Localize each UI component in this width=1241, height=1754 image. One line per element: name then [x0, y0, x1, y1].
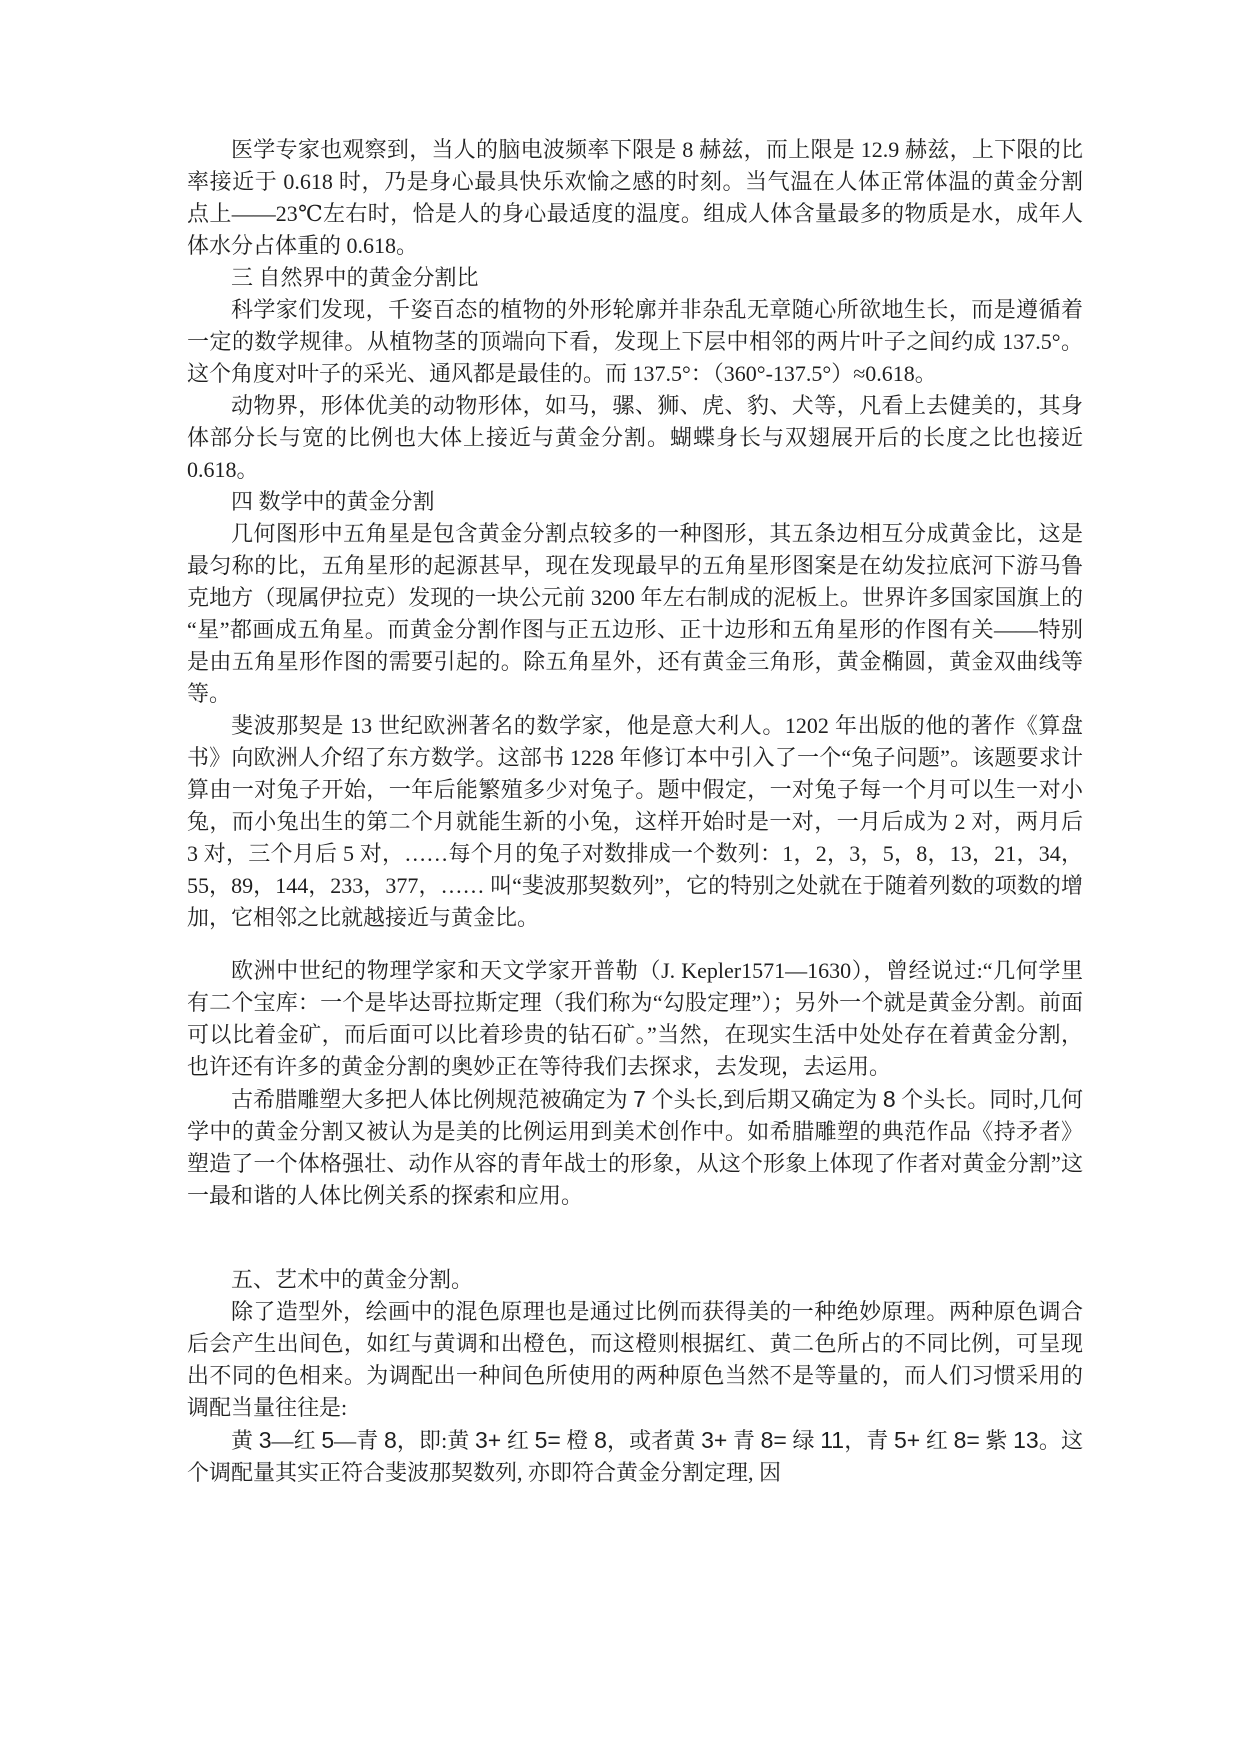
text-run: 动物界，形体优美的动物形体，如马，骡、狮、虎、豹、犬等，凡看上去健美的，其身体部… [187, 393, 1083, 482]
sans-number: 5= [535, 1427, 561, 1453]
paragraph-plant-leaves: 科学家们发现，千姿百态的植物的外形轮廓并非杂乱无章随心所欲地生长，而是遵循着一定… [187, 294, 1083, 390]
text-run: ，青 [844, 1428, 894, 1453]
text-run: 紫 [980, 1428, 1013, 1453]
section-heading-math: 四 数学中的黄金分割 [187, 486, 1083, 518]
text-run: 三 自然界中的黄金分割比 [231, 265, 479, 290]
text-run: 几何图形中五角星是包含黄金分割点较多的一种图形，其五条边相互分成黄金比，这是最匀… [187, 521, 1083, 706]
paragraph-gap [187, 934, 1083, 955]
section-heading-nature: 三 自然界中的黄金分割比 [187, 262, 1083, 294]
sans-number: 8= [954, 1427, 980, 1453]
sans-number: 13 [1013, 1427, 1039, 1453]
text-run: 科学家们发现，千姿百态的植物的外形轮廓并非杂乱无章随心所欲地生长，而是遵循着一定… [187, 297, 1083, 386]
paragraph-color-formula: 黄 3—红 5—青 8，即:黄 3+ 红 5= 橙 8，或者黄 3+ 青 8= … [187, 1424, 1083, 1489]
sans-number: 7 [633, 1086, 646, 1112]
text-run: 四 数学中的黄金分割 [231, 489, 435, 514]
sans-number: 8 [384, 1427, 397, 1453]
text-run: —红 [272, 1428, 322, 1453]
text-run: 古希腊雕塑大多把人体比例规范被确定为 [231, 1087, 633, 1112]
paragraph-pentagram: 几何图形中五角星是包含黄金分割点较多的一种图形，其五条边相互分成黄金比，这是最匀… [187, 518, 1083, 710]
sans-number: 5 [321, 1427, 334, 1453]
text-run: 红 [920, 1428, 953, 1453]
paragraph-color-mixing: 除了造型外，绘画中的混色原理也是通过比例而获得美的一种绝妙原理。两种原色调合后会… [187, 1296, 1083, 1424]
paragraph-fibonacci-rabbits: 斐波那契是 13 世纪欧洲著名的数学家，他是意大利人。1202 年出版的他的著作… [187, 710, 1083, 934]
text-run: 五、艺术中的黄金分割。 [231, 1267, 473, 1292]
text-run: —青 [334, 1428, 384, 1453]
text-run: 除了造型外，绘画中的混色原理也是通过比例而获得美的一种绝妙原理。两种原色调合后会… [187, 1299, 1083, 1420]
sans-number: 5+ [894, 1427, 920, 1453]
text-run: 个头长,到后期又确定为 [646, 1087, 883, 1112]
paragraph-greek-sculpture: 古希腊雕塑大多把人体比例规范被确定为 7 个头长,到后期又确定为 8 个头长。同… [187, 1083, 1083, 1212]
sans-number: 3 [259, 1427, 272, 1453]
paragraph-kepler-quote: 欧洲中世纪的物理学家和天文学家开普勒（J. Kepler1571—1630），曾… [187, 955, 1083, 1083]
sans-number: 8 [594, 1427, 607, 1453]
sans-number: 3+ [701, 1427, 727, 1453]
text-run: 红 [501, 1428, 534, 1453]
text-run: 绿 [787, 1428, 820, 1453]
section-heading-art: 五、艺术中的黄金分割。 [187, 1264, 1083, 1296]
sans-number: 3+ [475, 1427, 501, 1453]
paragraph-gap [187, 1212, 1083, 1264]
text-run: ，或者黄 [607, 1428, 701, 1453]
text-run: 青 [727, 1428, 760, 1453]
text-run: 斐波那契是 13 世纪欧洲著名的数学家，他是意大利人。1202 年出版的他的著作… [187, 713, 1083, 930]
text-run: ，即:黄 [397, 1428, 475, 1453]
sans-number: 11 [820, 1427, 844, 1453]
text-run: 欧洲中世纪的物理学家和天文学家开普勒（J. Kepler1571—1630），曾… [187, 958, 1083, 1079]
document-page: 医学专家也观察到，当人的脑电波频率下限是 8 赫兹，而上限是 12.9 赫兹，上… [0, 0, 1241, 1754]
text-run: 医学专家也观察到，当人的脑电波频率下限是 8 赫兹，而上限是 12.9 赫兹，上… [187, 137, 1083, 258]
paragraph-body-golden-ratio: 医学专家也观察到，当人的脑电波频率下限是 8 赫兹，而上限是 12.9 赫兹，上… [187, 134, 1083, 262]
paragraph-animals-butterfly: 动物界，形体优美的动物形体，如马，骡、狮、虎、豹、犬等，凡看上去健美的，其身体部… [187, 390, 1083, 486]
text-run: 黄 [231, 1428, 259, 1453]
text-run: 橙 [561, 1428, 594, 1453]
sans-number: 8= [761, 1427, 787, 1453]
sans-number: 8 [883, 1086, 896, 1112]
